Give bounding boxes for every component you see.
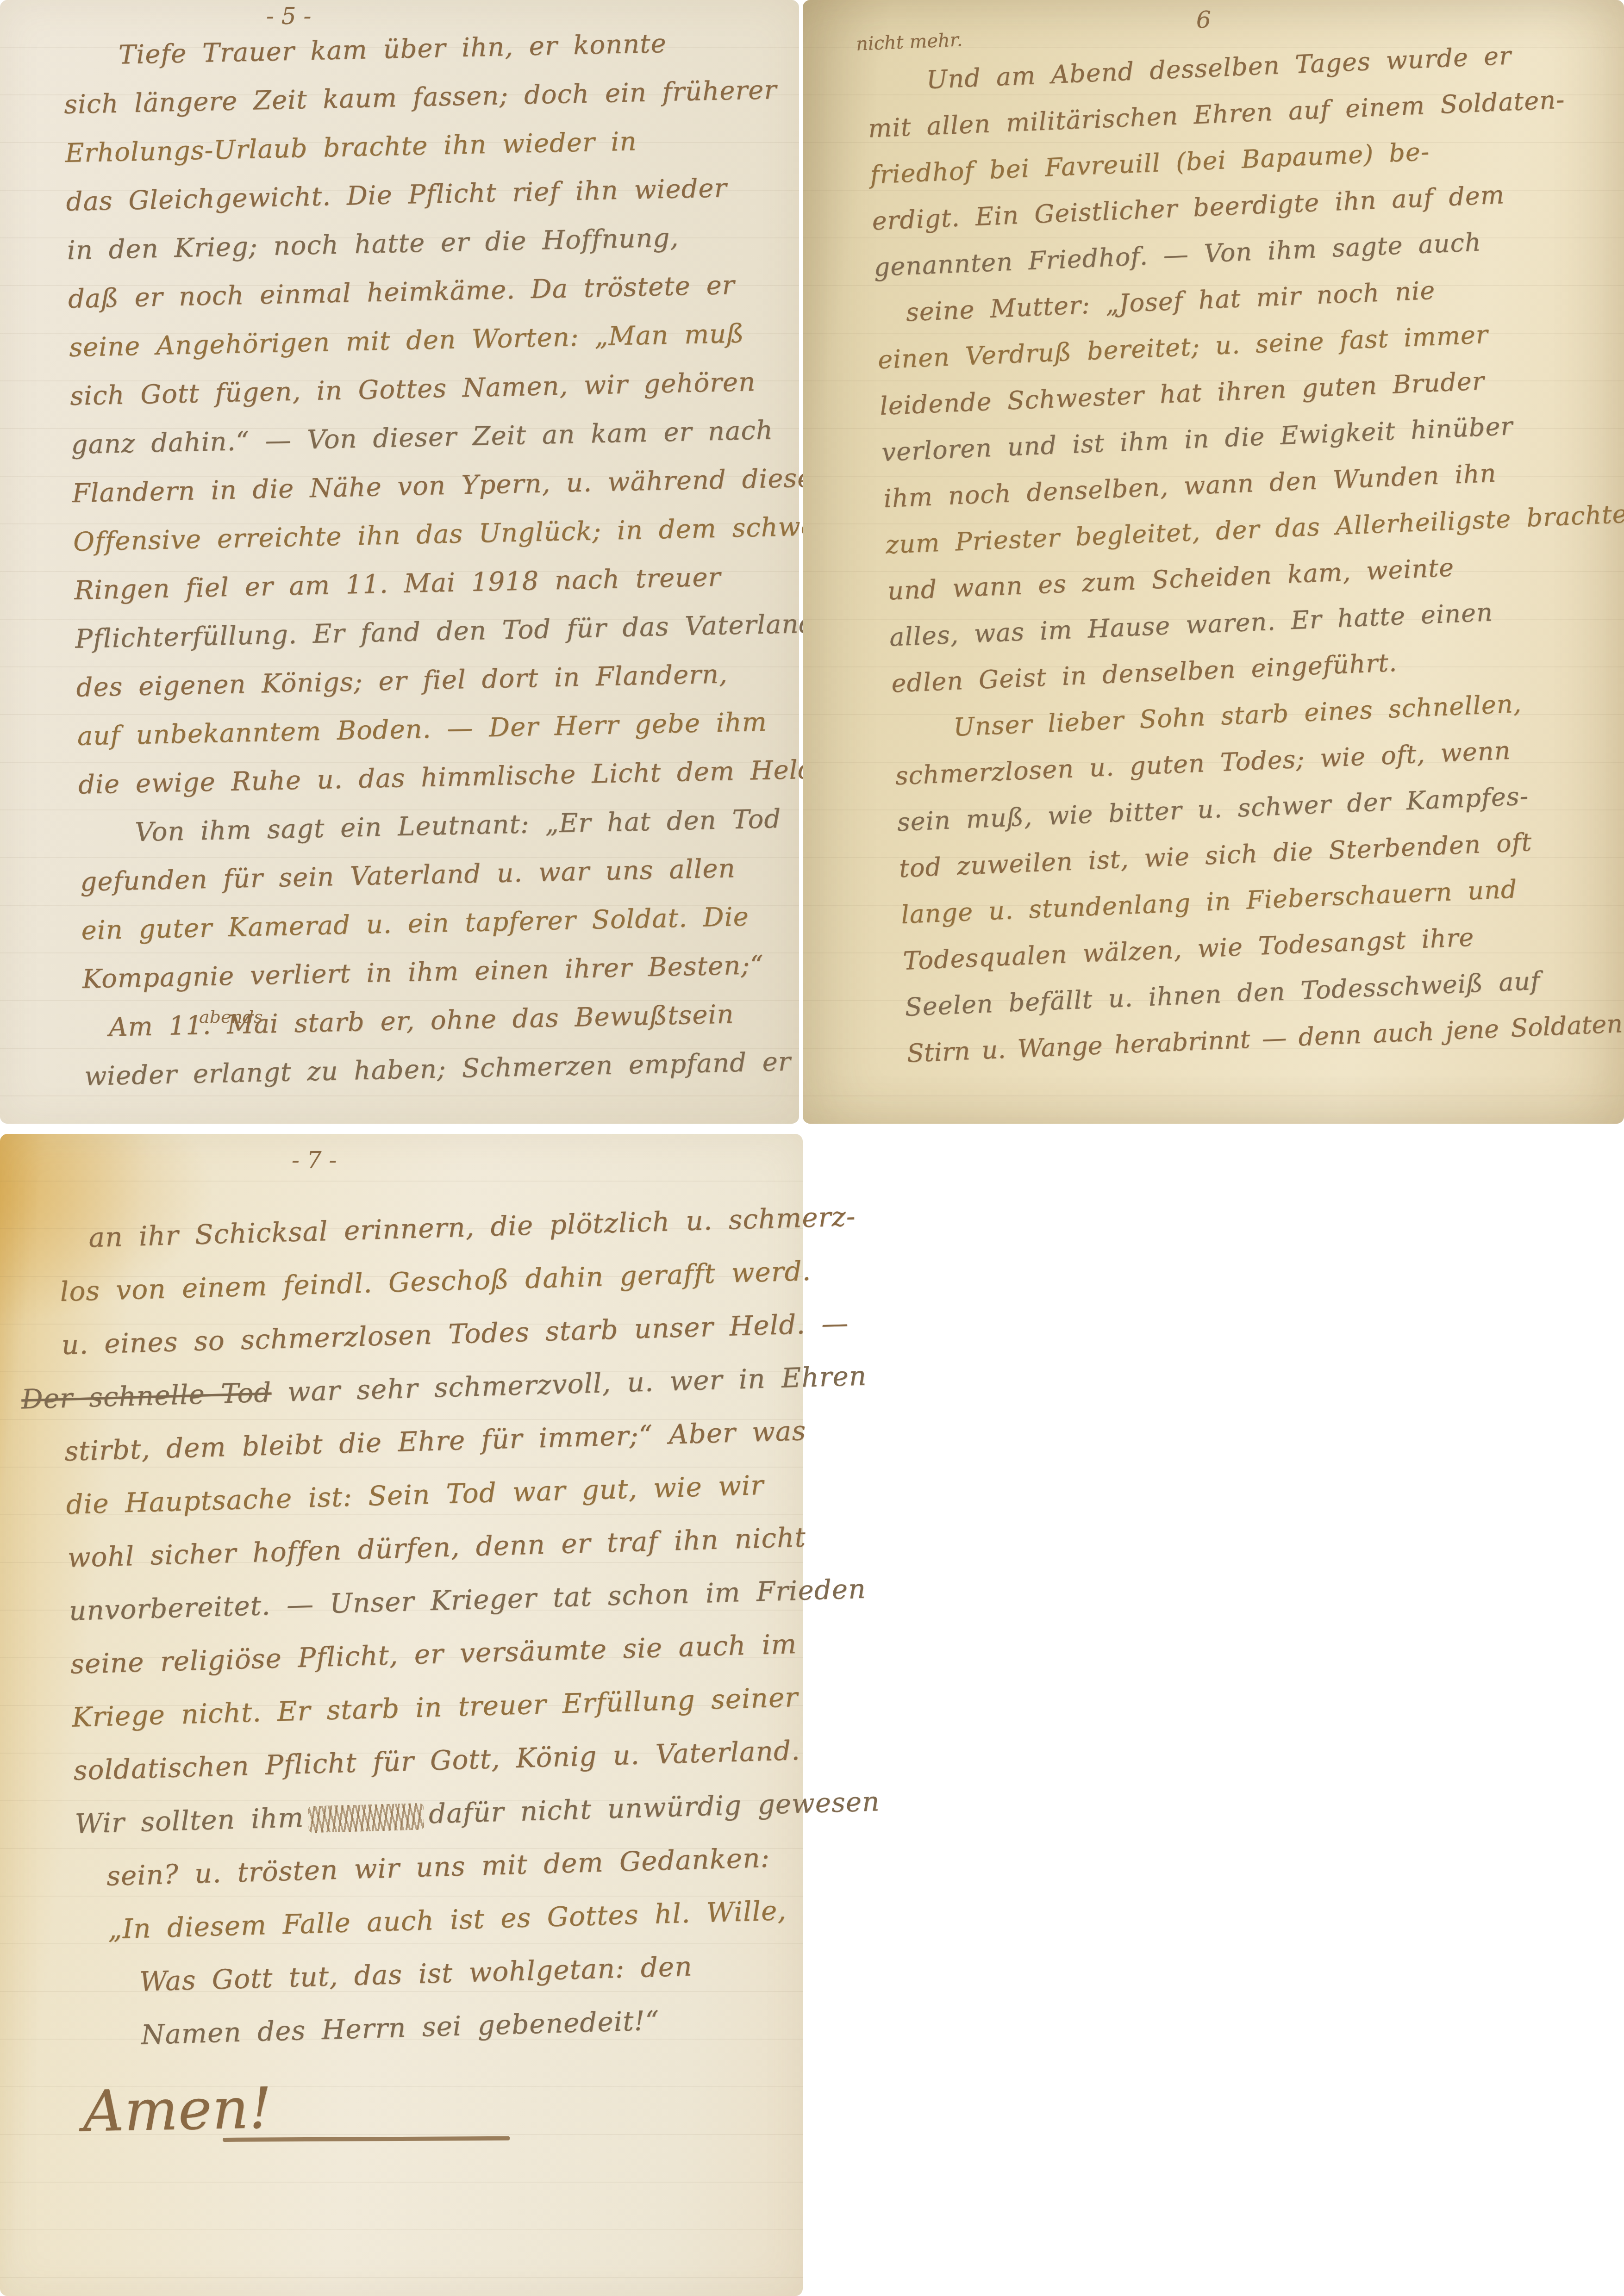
- page-7-text: an ihr Schicksal erinnern, die plötzlich…: [44, 1192, 810, 2149]
- strikethrough-text: Der schnelle Tod: [21, 1376, 272, 1415]
- amen-text: Amen!: [82, 2072, 810, 2138]
- page-5: - 5 - Tiefe Trauer kam über ihn, er konn…: [0, 0, 799, 1124]
- page-number-7: - 7 -: [292, 1147, 337, 1174]
- page-7: - 7 - an ihr Schicksal erinnern, die plö…: [0, 1134, 803, 2296]
- interline-insertion-abends: abends: [199, 1007, 263, 1027]
- ink-scribble: [308, 1803, 425, 1833]
- page-number-6: 6: [1196, 6, 1211, 33]
- amen-underline: [223, 2136, 510, 2142]
- line-part: Wir sollten ihm: [75, 1802, 304, 1840]
- line-part: dafür nicht unwürdig gewesen: [428, 1786, 880, 1829]
- page-6: 6 nicht mehr. Und am Abend desselben Tag…: [803, 0, 1624, 1124]
- page-6-text: Und am Abend desselben Tages wurde er mi…: [851, 29, 1624, 1077]
- page-5-text: Tiefe Trauer kam über ihn, er konnte sic…: [44, 17, 798, 1101]
- page-number-5: - 5 -: [266, 3, 311, 30]
- insert-line-rest: war sehr schmerzvoll, u. wer in Ehren: [287, 1360, 867, 1408]
- document-scan-canvas: - 5 - Tiefe Trauer kam über ihn, er konn…: [0, 0, 1624, 2296]
- carryover-fragment: nicht mehr.: [856, 29, 963, 55]
